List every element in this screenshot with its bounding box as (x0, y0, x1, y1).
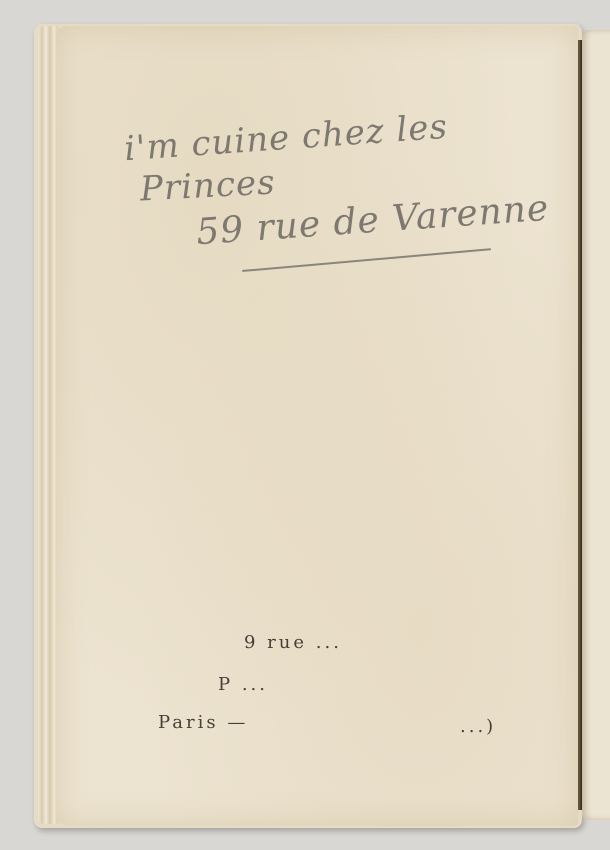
ink-text-line-1: 9 rue ... (244, 632, 342, 653)
page-stack-edge (38, 26, 58, 824)
ink-text-line-4: ...) (460, 716, 496, 737)
ink-text-line-3: Paris — (158, 712, 248, 733)
facing-page (582, 30, 610, 820)
ink-text-line-2: P ... (218, 674, 268, 695)
pencil-text-line-2: Princes (139, 162, 276, 209)
